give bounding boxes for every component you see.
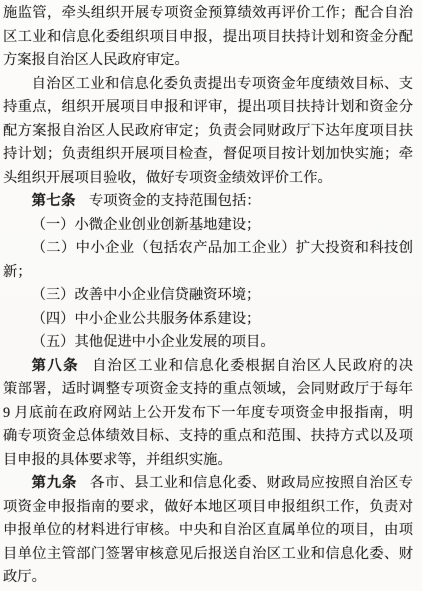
line-text: 目单位主管部门签署审核意见后报送自治区工业和信息化委、财 (3, 546, 413, 562)
text-line: 持重点，组织开展项目申报和评审，提出项目扶持计划和资金分 (3, 96, 413, 120)
text-line: 策部署，适时调整专项资金支持的重点领域，会同财政厅于每年 (3, 378, 413, 402)
line-text: 各市、县工业和信息化委、财政局应按照自治区专 (90, 475, 413, 491)
list-item-2: （二）中小企业（包括农产品加工企业）扩大投资和科技创 (3, 237, 413, 261)
article-number-8: 第八条 (32, 358, 80, 374)
text-line: 头组织开展项目验收，做好专项资金绩效评价工作。 (3, 167, 413, 191)
line-text: 目申报的具体要求等，并组织实施。 (3, 452, 232, 468)
list-item-3: （三）改善中小企业信贷融资环境； (3, 284, 413, 308)
article-7-line: 第七条专项资金的支持范围包括： (3, 190, 413, 214)
line-text: 策部署，适时调整专项资金支持的重点领域，会同财政厅于每年 (3, 381, 413, 397)
line-text: （一）小微企业创业创新基地建设； (32, 217, 261, 233)
line-text: 申报单位的材料进行审核。中央和自治区直属单位的项目，由项 (3, 522, 413, 538)
line-text: 持计划；负责组织开展项目检查，督促项目按计划加快实施；牵 (3, 146, 413, 162)
text-line: 持计划；负责组织开展项目检查，督促项目按计划加快实施；牵 (3, 143, 413, 167)
text-line: 确专项资金总体绩效目标、支持的重点和范围、扶持方式以及项 (3, 425, 413, 449)
list-item-5: （五）其他促进中小企业发展的项目。 (3, 331, 413, 355)
text-line: 目申报的具体要求等，并组织实施。 (3, 449, 413, 473)
line-text: 配方案报自治区人民政府审定；负责会同财政厅下达年度项目扶 (3, 123, 413, 139)
line-text: 9 月底前在政府网站上公开发布下一年度专项资金申报指南，明 (3, 405, 413, 421)
text-line: 项资金申报指南的要求，做好本地区项目申报组织工作，负责对 (3, 496, 413, 520)
text-line: 自治区工业和信息化委负责提出专项资金年度绩效目标、支 (3, 73, 413, 97)
text-line: 区工业和信息化委组织项目申报，提出项目扶持计划和资金分配 (3, 26, 413, 50)
line-text: 区工业和信息化委组织项目申报，提出项目扶持计划和资金分配 (3, 29, 413, 45)
list-item-2-continued: 新； (3, 261, 413, 285)
line-text: （五）其他促进中小企业发展的项目。 (32, 334, 275, 350)
text-line: 目单位主管部门签署审核意见后报送自治区工业和信息化委、财 (3, 543, 413, 567)
line-text: 头组织开展项目验收，做好专项资金绩效评价工作。 (3, 170, 332, 186)
line-text: 自治区工业和信息化委根据自治区人民政府的决 (92, 358, 413, 374)
line-text: 确专项资金总体绩效目标、支持的重点和范围、扶持方式以及项 (3, 428, 413, 444)
line-text: （三）改善中小企业信贷融资环境； (32, 287, 261, 303)
text-line: 配方案报自治区人民政府审定；负责会同财政厅下达年度项目扶 (3, 120, 413, 144)
list-item-1: （一）小微企业创业创新基地建设； (3, 214, 413, 238)
article-8-line: 第八条自治区工业和信息化委根据自治区人民政府的决 (3, 355, 413, 379)
article-9-line: 第九条各市、县工业和信息化委、财政局应按照自治区专 (3, 472, 413, 496)
line-text: 持重点，组织开展项目申报和评审，提出项目扶持计划和资金分 (3, 99, 413, 115)
text-line: 政厅。 (3, 566, 413, 590)
line-text: 施监管，牵头组织开展专项资金预算绩效再评价工作；配合自治 (3, 5, 413, 21)
list-item-4: （四）中小企业公共服务体系建设； (3, 308, 413, 332)
line-text: （四）中小企业公共服务体系建设； (32, 311, 261, 327)
line-text: （二）中小企业（包括农产品加工企业）扩大投资和科技创 (32, 240, 413, 256)
article-number-9: 第九条 (32, 475, 78, 491)
line-text: 自治区工业和信息化委负责提出专项资金年度绩效目标、支 (32, 76, 413, 92)
article-number-7: 第七条 (32, 193, 76, 209)
text-line: 申报单位的材料进行审核。中央和自治区直属单位的项目，由项 (3, 519, 413, 543)
line-text: 方案报自治区人民政府审定。 (3, 52, 189, 68)
text-line: 施监管，牵头组织开展专项资金预算绩效再评价工作；配合自治 (3, 2, 413, 26)
line-text: 新； (3, 264, 32, 280)
text-line: 9 月底前在政府网站上公开发布下一年度专项资金申报指南，明 (3, 402, 413, 426)
line-text: 政厅。 (3, 569, 46, 585)
text-line: 方案报自治区人民政府审定。 (3, 49, 413, 73)
line-text: 专项资金的支持范围包括： (89, 193, 261, 209)
line-text: 项资金申报指南的要求，做好本地区项目申报组织工作，负责对 (3, 499, 413, 515)
document-page: 施监管，牵头组织开展专项资金预算绩效再评价工作；配合自治 区工业和信息化委组织项… (0, 0, 422, 591)
